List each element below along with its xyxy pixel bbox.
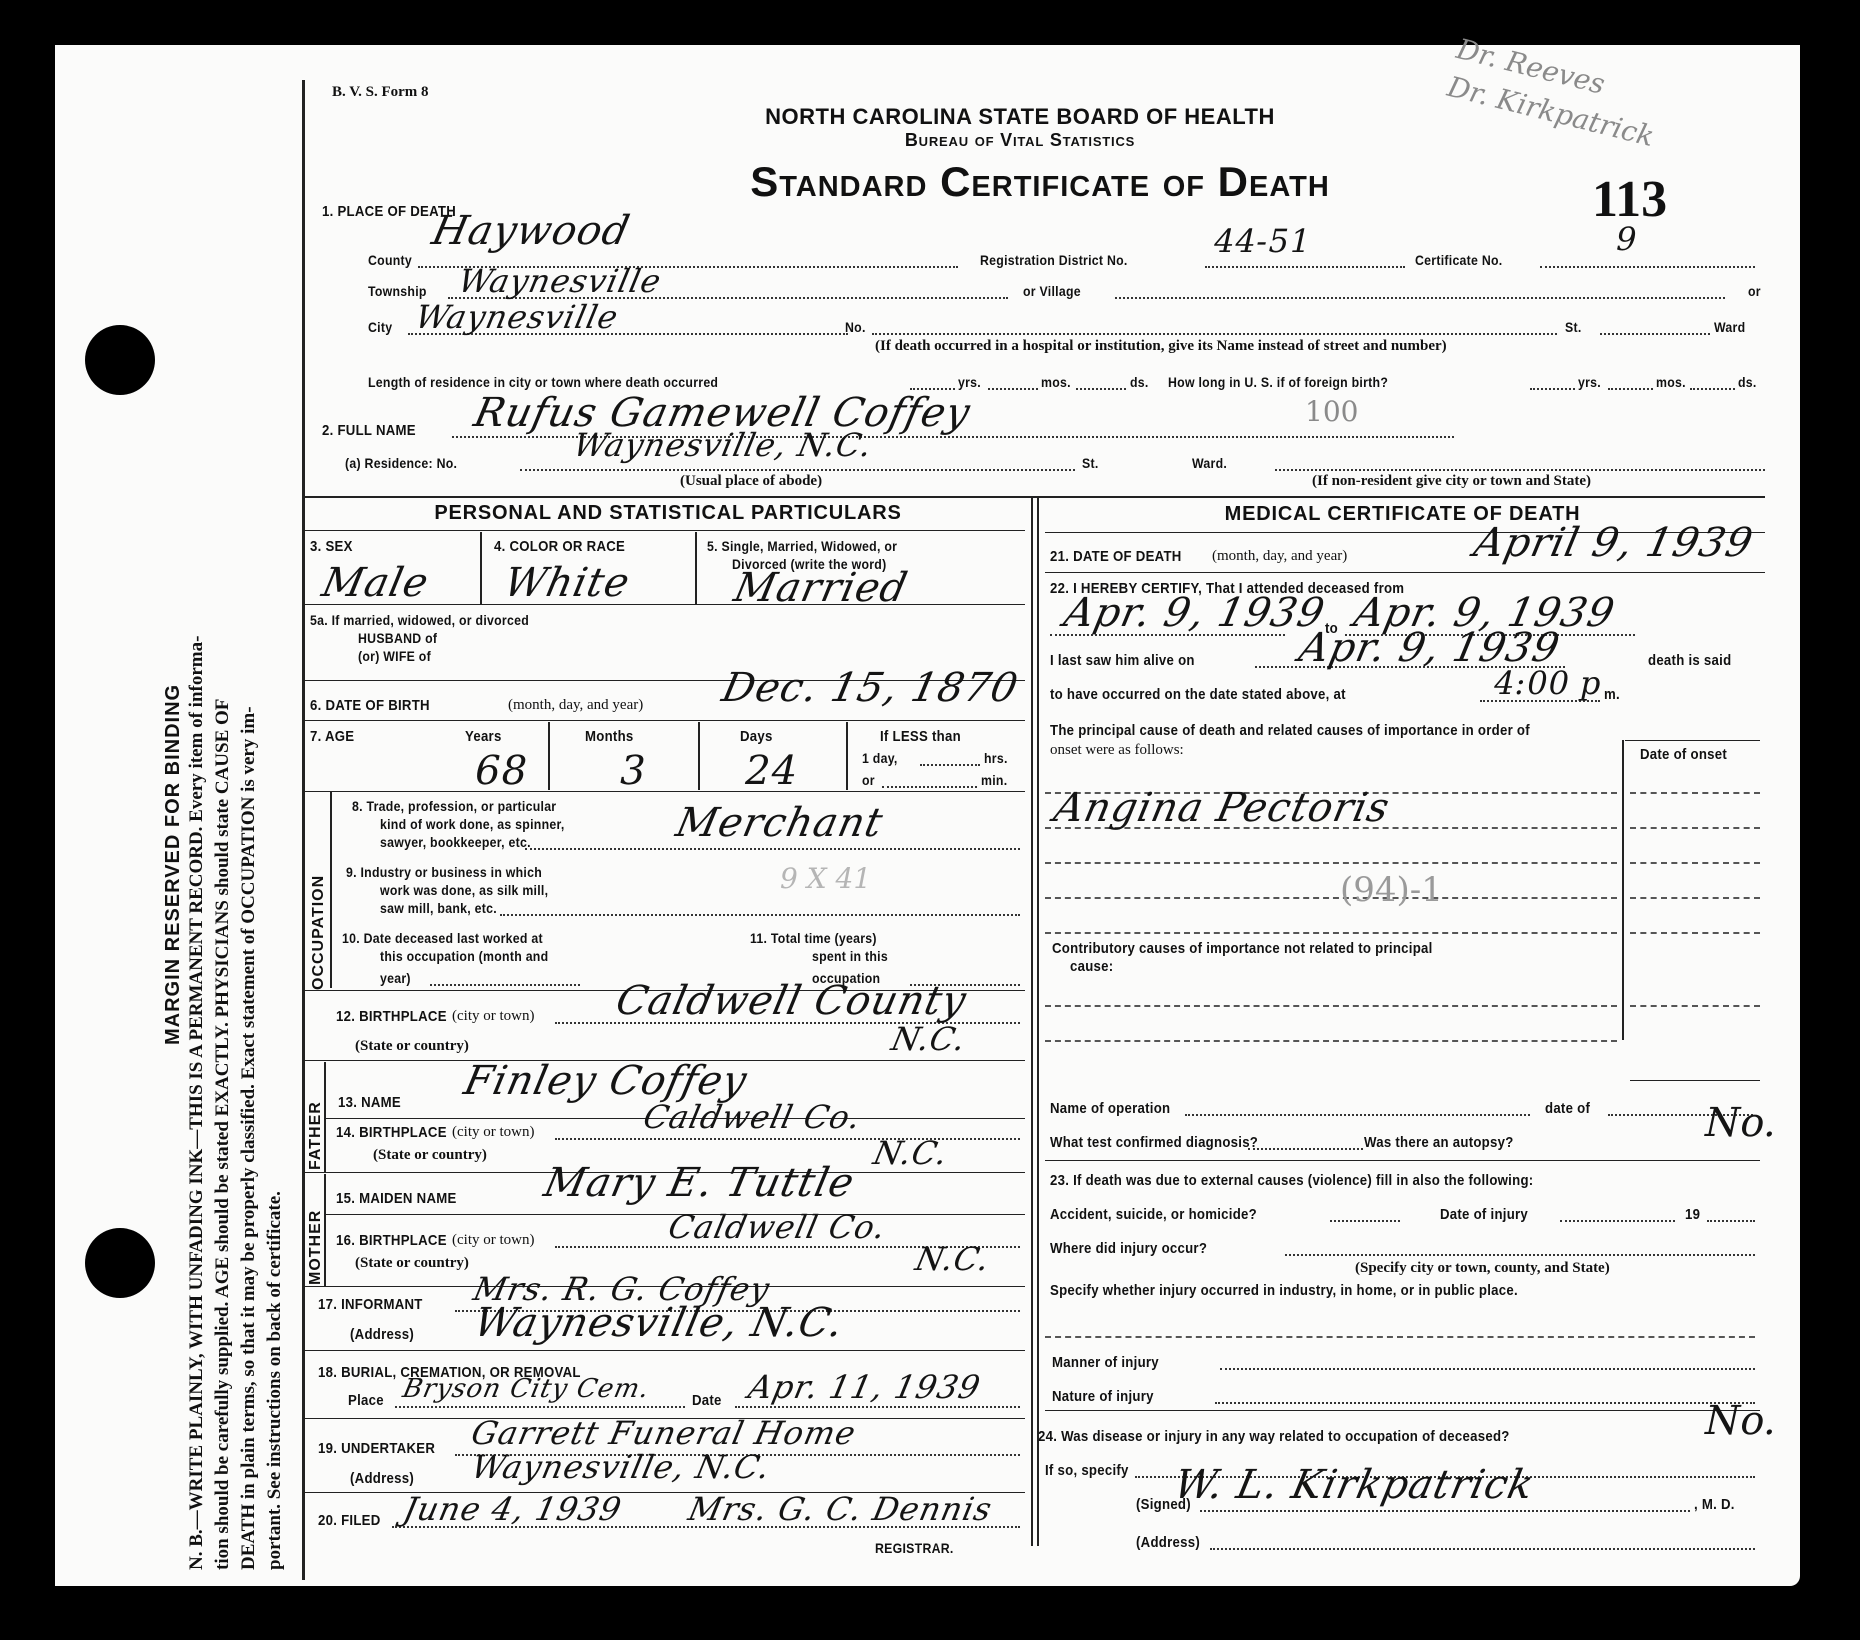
row-line <box>1045 1410 1760 1411</box>
time-m-label: m. <box>1604 686 1620 703</box>
certificate-no-label: Certificate No. <box>1415 252 1502 268</box>
agency-name: NORTH CAROLINA STATE BOARD OF HEALTH <box>640 104 1400 130</box>
accident-label: Accident, suicide, or homicide? <box>1050 1206 1257 1223</box>
physician-address-label: (Address) <box>1136 1534 1200 1551</box>
mother-birthplace-value[interactable]: Caldwell Co. <box>665 1208 890 1246</box>
physician-signature[interactable]: W. L. Kirkpatrick <box>1170 1462 1538 1508</box>
injury-date-label: Date of injury <box>1440 1206 1528 1223</box>
contributory-line <box>1045 1040 1617 1042</box>
county-label: County <box>368 252 412 268</box>
principal-cause-value[interactable]: Angina Pectoris <box>1050 785 1394 831</box>
birthplace-city-value[interactable]: Caldwell County <box>612 978 971 1024</box>
industry-label-3: saw mill, bank, etc. <box>380 900 497 916</box>
ward-line <box>1600 333 1710 335</box>
father-birthplace-value[interactable]: Caldwell Co. <box>640 1098 865 1136</box>
birthplace-label: 12. BIRTHPLACE <box>336 1008 447 1025</box>
md-label: , M. D. <box>1694 1496 1735 1513</box>
row-line <box>305 791 1025 792</box>
onset-top-line <box>1625 740 1760 741</box>
for-mos-label: mos. <box>1656 374 1686 390</box>
residence-ward-label: Ward. <box>1192 455 1227 471</box>
dob-value[interactable]: Dec. 15, 1870 <box>718 665 1022 711</box>
binding-hole-top <box>85 325 155 395</box>
contributory-label-2: cause: <box>1070 958 1113 975</box>
township-label: Township <box>368 283 427 299</box>
min-line <box>882 786 977 788</box>
burial-date-label: Date <box>692 1392 722 1409</box>
date-of-onset-label: Date of onset <box>1640 746 1727 763</box>
certificate-title: Standard Certificate of Death <box>600 158 1480 206</box>
residence-value[interactable]: Waynesville, N.C. <box>570 426 876 464</box>
spouse-label-1: 5a. If married, widowed, or divorced <box>310 612 529 628</box>
filed-date-value[interactable]: June 4, 1939 <box>400 1490 625 1528</box>
for-ds-label: ds. <box>1738 374 1757 390</box>
test-line <box>1248 1148 1363 1150</box>
nonresident-line <box>1275 469 1765 471</box>
date-of-death-label: 21. DATE OF DEATH <box>1050 548 1182 565</box>
date-of-death-hint: (month, day, and year) <box>1212 548 1347 565</box>
res-mos-line <box>988 388 1038 390</box>
cause-pencil-code: (94)-1 <box>1340 870 1443 910</box>
foreign-birth-label: How long in U. S. if of foreign birth? <box>1168 374 1388 390</box>
hrs-line <box>920 764 980 766</box>
birthplace-city-hint: (city or town) <box>452 1008 534 1025</box>
cause-line <box>1045 897 1617 899</box>
age-years-label: Years <box>465 728 502 745</box>
onset-line <box>1630 792 1760 794</box>
signature-line <box>1200 1510 1690 1512</box>
total-time-label-2: spent in this <box>812 948 888 964</box>
burial-place-line <box>395 1406 685 1408</box>
informant-label: 17. INFORMANT <box>318 1296 423 1313</box>
marital-label-1: 5. Single, Married, Widowed, or <box>707 538 897 554</box>
city-label: City <box>368 319 392 335</box>
death-certificate-page <box>55 45 1800 1586</box>
if-so-label: If so, specify <box>1045 1462 1129 1479</box>
row-line <box>305 720 1025 721</box>
city-value[interactable]: Waynesville <box>412 298 622 336</box>
filed-label: 20. FILED <box>318 1512 381 1529</box>
father-side-divider <box>324 1062 326 1172</box>
street-line <box>872 333 1557 335</box>
registration-district-value[interactable]: 44-51 <box>1210 222 1315 260</box>
margin-instruction-line-2: tion should be carefully supplied. AGE s… <box>210 699 236 1570</box>
occupation-related-label: 24. Was disease or injury in any way rel… <box>1038 1428 1510 1445</box>
mother-name-label: 15. MAIDEN NAME <box>336 1190 457 1207</box>
row-line <box>305 530 1025 531</box>
cause-line <box>1045 932 1617 934</box>
residence-st-label: St. <box>1082 455 1099 471</box>
occupation-side-label: OCCUPATION <box>306 875 332 990</box>
row-line <box>1045 1160 1760 1161</box>
section-divider <box>305 496 1765 498</box>
date-of-death-value[interactable]: April 9, 1939 <box>1470 520 1757 566</box>
manner-line <box>1220 1368 1755 1370</box>
cell-divider <box>695 532 697 604</box>
margin-instruction-line-1: N. B.—WRITE PLAINLY, WITH UNFADING INK—T… <box>184 636 210 1570</box>
dob-label: 6. DATE OF BIRTH <box>310 697 430 714</box>
village-line <box>1115 297 1725 299</box>
less-min-label: min. <box>981 772 1007 788</box>
or-label: or <box>1748 283 1761 299</box>
pencil-number: 100 <box>1305 395 1358 428</box>
manner-label: Manner of injury <box>1052 1354 1159 1371</box>
cell-divider <box>698 722 700 790</box>
injury-year-label: 19 <box>1685 1206 1700 1223</box>
sex-label: 3. SEX <box>310 538 353 555</box>
father-city-hint: (city or town) <box>452 1124 534 1141</box>
trade-label-3: sawyer, bookkeeper, etc. <box>380 834 531 850</box>
age-months-label: Months <box>585 728 634 745</box>
time-value[interactable]: 4:00 p <box>1490 664 1607 702</box>
less-than-label: If LESS than <box>880 728 961 745</box>
trade-label-1: 8. Trade, profession, or particular <box>352 798 556 814</box>
undertaker-address-value[interactable]: Waynesville, N.C. <box>468 1448 774 1486</box>
cause-line <box>1045 862 1617 864</box>
last-worked-label-2: this occupation (month and <box>380 948 548 964</box>
operation-label: Name of operation <box>1050 1100 1170 1117</box>
where-injury-line <box>1285 1254 1755 1256</box>
street-label: St. <box>1565 319 1582 335</box>
last-worked-line <box>430 984 580 986</box>
column-divider-a <box>1031 496 1033 1546</box>
trade-label-2: kind of work done, as spinner, <box>380 816 565 832</box>
ward-label: Ward <box>1714 319 1745 335</box>
certificate-no-line <box>1540 266 1755 268</box>
birthplace-state-hint: (State or country) <box>355 1038 469 1055</box>
less-day-label: 1 day, <box>862 750 898 766</box>
res-ds-label: ds. <box>1130 374 1149 390</box>
trade-value[interactable]: Merchant <box>672 800 887 846</box>
occupation-related-value[interactable]: No. <box>1700 1398 1784 1444</box>
onset-bottom-line <box>1630 1080 1760 1081</box>
race-value[interactable]: White <box>500 560 634 606</box>
specify-place-line <box>1045 1336 1755 1338</box>
last-saw-label: I last saw him alive on <box>1050 652 1195 669</box>
form-id: B. V. S. Form 8 <box>332 84 429 101</box>
residence-line <box>520 469 1075 471</box>
where-injury-hint: (Specify city or town, county, and State… <box>1355 1260 1610 1277</box>
cell-divider <box>548 722 550 790</box>
res-yrs-label: yrs. <box>958 374 981 390</box>
hospital-note: (If death occurred in a hospital or inst… <box>875 338 1447 355</box>
less-or-label: or <box>862 772 875 788</box>
injury-date-line <box>1560 1220 1675 1222</box>
village-label: or Village <box>1023 283 1081 299</box>
res-ds-line <box>1076 388 1126 390</box>
death-said-label: death is said <box>1648 652 1731 669</box>
specify-place-label: Specify whether injury occurred in indus… <box>1050 1282 1518 1299</box>
onset-line <box>1630 827 1760 829</box>
row-line <box>1045 572 1765 573</box>
row-line <box>305 1350 1025 1351</box>
registration-district-line <box>1205 266 1405 268</box>
test-label: What test confirmed diagnosis? <box>1050 1134 1258 1151</box>
binding-hole-bottom <box>85 1228 155 1298</box>
contributory-line <box>1045 1005 1617 1007</box>
registration-district-label: Registration District No. <box>980 252 1128 268</box>
age-days-value[interactable]: 24 <box>740 748 803 794</box>
less-hrs-label: hrs. <box>984 750 1008 766</box>
nature-label: Nature of injury <box>1052 1388 1154 1405</box>
nonresident-note: (If non-resident give city or town and S… <box>1312 473 1591 490</box>
binding-margin-line <box>302 80 305 1580</box>
onset-line <box>1630 932 1760 934</box>
onset-line <box>1630 897 1760 899</box>
father-state-hint: (State or country) <box>373 1147 487 1164</box>
registrar-label: REGISTRAR. <box>875 1540 954 1556</box>
informant-address-value[interactable]: Waynesville, N.C. <box>470 1300 848 1346</box>
occupation-side-divider <box>330 792 332 988</box>
registrar-signature[interactable]: Mrs. G. C. Dennis <box>685 1490 996 1528</box>
street-no-label: No. <box>845 319 866 335</box>
undertaker-address-label: (Address) <box>350 1470 414 1487</box>
res-mos-label: mos. <box>1041 374 1071 390</box>
physician-address-line <box>1210 1548 1755 1550</box>
township-value[interactable]: Waynesville <box>455 262 665 300</box>
residence-label: (a) Residence: No. <box>345 455 457 471</box>
total-time-label-1: 11. Total time (years) <box>750 930 877 946</box>
operation-date-label: date of <box>1545 1100 1590 1117</box>
cause-intro-2: onset were as follows: <box>1050 742 1184 759</box>
injury-year-line <box>1707 1220 1755 1222</box>
occurred-label: to have occurred on the date stated abov… <box>1050 686 1346 703</box>
for-mos-line <box>1608 388 1653 390</box>
last-worked-label-3: year) <box>380 970 411 986</box>
mother-state-hint: (State or country) <box>355 1255 469 1272</box>
autopsy-value[interactable]: No. <box>1700 1100 1784 1146</box>
mother-side-divider <box>324 1174 326 1286</box>
operation-line <box>1185 1114 1530 1116</box>
birthplace-state-value[interactable]: N.C. <box>888 1020 970 1058</box>
burial-place-value[interactable]: Bryson City Cem. <box>400 1374 652 1404</box>
race-label: 4. COLOR OR RACE <box>494 538 625 555</box>
mother-name-value[interactable]: Mary E. Tuttle <box>540 1160 859 1206</box>
dob-hint: (month, day, and year) <box>508 697 643 714</box>
personal-section-heading: PERSONAL AND STATISTICAL PARTICULARS <box>305 502 1031 525</box>
row-line <box>305 604 1025 605</box>
accident-line <box>1330 1220 1400 1222</box>
cell-divider <box>846 722 848 790</box>
spouse-label-2: HUSBAND of <box>358 630 437 646</box>
bureau-name: Bureau of Vital Statistics <box>640 130 1400 151</box>
margin-instruction-line-4: portant. See instructions on back of cer… <box>262 1191 288 1570</box>
sex-value[interactable]: Male <box>318 560 433 606</box>
mother-birthplace-label: 16. BIRTHPLACE <box>336 1232 447 1249</box>
margin-instruction-line-3: DEATH in plain terms, so that it may be … <box>236 706 262 1570</box>
county-value[interactable]: Haywood <box>428 208 634 254</box>
age-label: 7. AGE <box>310 728 354 745</box>
age-days-label: Days <box>740 728 773 745</box>
mother-city-hint: (city or town) <box>452 1232 534 1249</box>
column-divider-b <box>1037 496 1039 1546</box>
industry-label-2: work was done, as silk mill, <box>380 882 548 898</box>
industry-pencil-code: 9 X 41 <box>780 862 871 895</box>
cell-divider <box>480 532 482 604</box>
age-years-value[interactable]: 68 <box>470 748 533 794</box>
undertaker-label: 19. UNDERTAKER <box>318 1440 435 1457</box>
spouse-label-3: (or) WIFE of <box>358 648 431 664</box>
contributory-label-1: Contributory causes of importance not re… <box>1052 940 1433 957</box>
where-injury-label: Where did injury occur? <box>1050 1240 1207 1257</box>
last-worked-label-1: 10. Date deceased last worked at <box>342 930 543 946</box>
undertaker-value[interactable]: Garrett Funeral Home <box>468 1414 860 1452</box>
autopsy-label: Was there an autopsy? <box>1364 1134 1514 1151</box>
father-name-label: 13. NAME <box>338 1094 401 1111</box>
father-birthplace-label: 14. BIRTHPLACE <box>336 1124 447 1141</box>
onset-line <box>1630 1005 1760 1007</box>
for-yrs-line <box>1530 388 1575 390</box>
for-yrs-label: yrs. <box>1578 374 1601 390</box>
nature-line <box>1215 1402 1755 1404</box>
external-causes-label: 23. If death was due to external causes … <box>1050 1172 1533 1189</box>
for-ds-line <box>1690 388 1735 390</box>
onset-line <box>1630 862 1760 864</box>
abode-note: (Usual place of abode) <box>680 473 822 490</box>
burial-place-label: Place <box>348 1392 384 1409</box>
margin-reserved-label: MARGIN RESERVED FOR BINDING <box>160 684 186 1045</box>
mother-state-value[interactable]: N.C. <box>912 1240 994 1278</box>
full-name-label: 2. FULL NAME <box>322 422 416 439</box>
trade-line <box>525 848 1020 850</box>
attended-from-value[interactable]: Apr. 9, 1939 <box>1060 590 1329 636</box>
informant-address-label: (Address) <box>350 1326 414 1343</box>
cause-intro-1: The principal cause of death and related… <box>1050 722 1530 739</box>
father-state-value[interactable]: N.C. <box>870 1134 952 1172</box>
burial-date-line <box>735 1406 1020 1408</box>
onset-divider <box>1622 740 1624 1040</box>
industry-label-1: 9. Industry or business in which <box>346 864 542 880</box>
residence-length-label: Length of residence in city or town wher… <box>368 374 718 390</box>
burial-date-value[interactable]: Apr. 11, 1939 <box>745 1368 984 1406</box>
industry-line <box>500 914 1020 916</box>
